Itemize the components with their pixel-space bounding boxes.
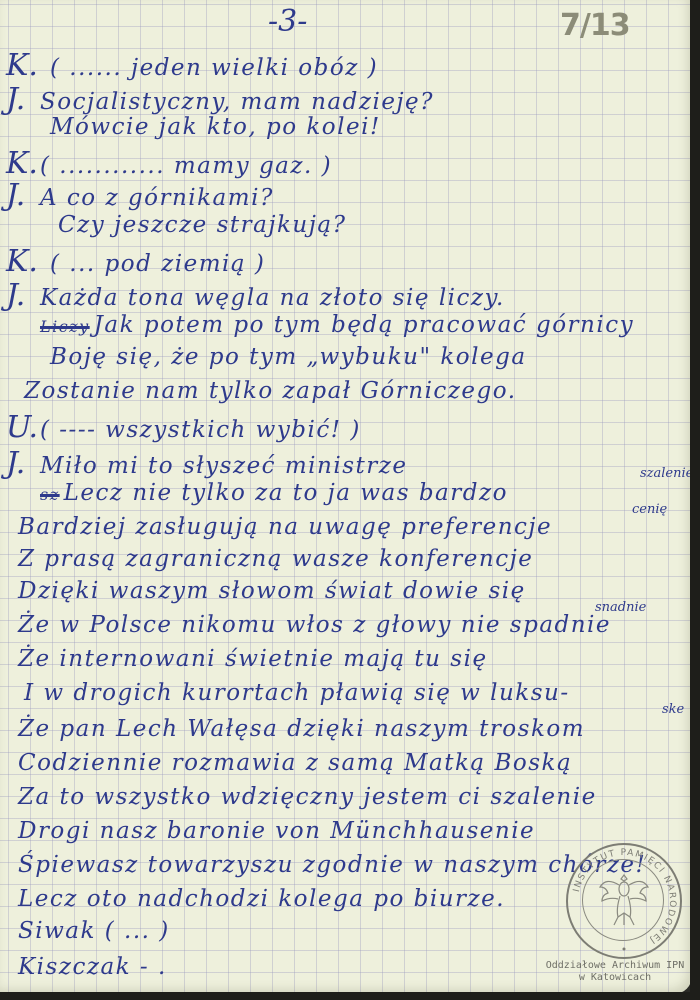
speaker-label: K.	[0, 146, 40, 181]
line-text: I w drogich kurortach pławią się w luksu…	[24, 680, 570, 706]
speaker-label: J.	[0, 446, 40, 481]
dialogue-line: Śpiewasz towarzyszu zgodnie w naszym chó…	[0, 852, 646, 878]
dialogue-line: Boję się, że po tym „wybuku" kolega	[0, 344, 527, 370]
dialogue-line: Liczy Jak potem po tym będą pracować gór…	[0, 312, 634, 338]
line-text: Lecz nie tylko za to ja was bardzo	[64, 480, 508, 506]
dialogue-line: K. ( ............ mamy gaz. )	[0, 146, 332, 181]
dialogue-line: Zostanie nam tylko zapał Górniczego.	[0, 378, 517, 404]
speaker-label: J.	[0, 178, 40, 213]
dialogue-line: K. ( ... pod ziemią )	[0, 244, 265, 279]
line-text: Socjalistyczny, mam nadzieję?	[40, 89, 434, 115]
dialogue-line: Że pan Lech Wałęsa dzięki naszym troskom	[0, 716, 585, 742]
line-text: Za to wszystko wdzięczny jestem ci szale…	[18, 784, 597, 810]
interlinear-insert: cenię	[632, 502, 667, 517]
dialogue-line: Drogi nasz baronie von Münchhausenie	[0, 818, 535, 844]
dialogue-line: Lecz oto nadchodzi kolega po biurze.	[0, 886, 505, 912]
archive-number: 7/13	[560, 8, 630, 43]
line-text: Dzięki waszym słowom świat dowie się	[18, 578, 526, 604]
dialogue-line: Za to wszystko wdzięczny jestem ci szale…	[0, 784, 597, 810]
line-text: Jak potem po tym będą pracować górnicy	[94, 312, 634, 338]
archive-stamp: INSTYTUT PAMIĘCI NARODOWEJ	[566, 843, 682, 959]
struck-word: Liczy	[40, 317, 90, 336]
dialogue-line: J. A co z górnikami?	[0, 178, 274, 213]
line-text: A co z górnikami?	[40, 185, 274, 211]
archive-caption: Oddziałowe Archiwum IPN w Katowicach	[530, 960, 692, 984]
dialogue-line: Z prasą zagraniczną wasze konferencje	[0, 546, 533, 572]
line-text: Drogi nasz baronie von Münchhausenie	[18, 818, 535, 844]
line-text: ( ...... jeden wielki obóz )	[40, 55, 378, 81]
interlinear-insert: ske	[662, 702, 684, 717]
speaker-label: K.	[0, 48, 40, 83]
line-text: Zostanie nam tylko zapał Górniczego.	[24, 378, 517, 404]
line-text: Bardziej zasługują na uwagę preferencje	[18, 514, 552, 540]
dialogue-line: U. ( ---- wszystkich wybić! )	[0, 410, 361, 445]
dialogue-line: Czy jeszcze strajkują?	[0, 212, 346, 238]
dialogue-line: I w drogich kurortach pławią się w luksu…	[0, 680, 570, 706]
dialogue-line: sz Lecz nie tylko za to ja was bardzo	[0, 480, 508, 506]
line-text: ( ... pod ziemią )	[40, 251, 265, 277]
dialogue-line: Kiszczak - .	[0, 954, 167, 980]
line-text: Codziennie rozmawia z samą Matką Boską	[18, 750, 572, 776]
dialogue-line: Dzięki waszym słowom świat dowie się	[0, 578, 526, 604]
archive-caption-line1: Oddziałowe Archiwum IPN	[530, 960, 692, 972]
interlinear-insert: szalenie	[640, 466, 692, 481]
line-text: ( ............ mamy gaz. )	[40, 153, 332, 179]
dialogue-line: Że w Polsce nikomu włos z głowy nie spad…	[0, 612, 611, 638]
dialogue-line: Mówcie jak kto, po kolei!	[0, 114, 381, 140]
interlinear-insert: snadnie	[595, 600, 646, 615]
dialogue-line: Bardziej zasługują na uwagę preferencje	[0, 514, 552, 540]
dialogue-line: J. Socjalistyczny, mam nadzieję?	[0, 82, 434, 117]
line-text: Z prasą zagraniczną wasze konferencje	[18, 546, 533, 572]
scan-border-bottom	[0, 992, 700, 1000]
line-text: Kiszczak - .	[18, 954, 167, 980]
handwritten-page: -3- 7/13 K. ( ...... jeden wielki obóz )…	[0, 0, 692, 994]
dialogue-line: Siwak ( ... )	[0, 918, 170, 944]
line-text: Czy jeszcze strajkują?	[40, 212, 346, 238]
dialogue-line: J. Miło mi to słyszeć ministrze	[0, 446, 407, 481]
archive-caption-line2: w Katowicach	[530, 972, 692, 984]
eagle-emblem-icon	[596, 869, 652, 929]
line-text: Miło mi to słyszeć ministrze	[40, 453, 407, 479]
page-number: -3-	[268, 4, 307, 39]
dialogue-line: J. Każda tona węgla na złoto się liczy.	[0, 278, 505, 313]
line-text: Że w Polsce nikomu włos z głowy nie spad…	[18, 612, 611, 638]
struck-word: sz	[40, 485, 60, 504]
line-text: Siwak ( ... )	[18, 918, 170, 944]
speaker-label: K.	[0, 244, 40, 279]
dialogue-line: K. ( ...... jeden wielki obóz )	[0, 48, 378, 83]
speaker-label: U.	[0, 410, 40, 445]
line-text: Śpiewasz towarzyszu zgodnie w naszym chó…	[18, 852, 646, 878]
line-text: Że internowani świetnie mają tu się	[18, 646, 488, 672]
line-text: Boję się, że po tym „wybuku" kolega	[40, 344, 527, 370]
line-text: Każda tona węgla na złoto się liczy.	[40, 285, 505, 311]
line-text: Lecz oto nadchodzi kolega po biurze.	[18, 886, 505, 912]
dialogue-line: Że internowani świetnie mają tu się	[0, 646, 488, 672]
speaker-label: J.	[0, 278, 40, 313]
line-text: Że pan Lech Wałęsa dzięki naszym troskom	[18, 716, 585, 742]
line-text: Mówcie jak kto, po kolei!	[40, 114, 381, 140]
scan-border-right	[690, 0, 700, 1000]
dialogue-line: Codziennie rozmawia z samą Matką Boską	[0, 750, 572, 776]
line-text: ( ---- wszystkich wybić! )	[40, 417, 361, 443]
speaker-label: J.	[0, 82, 40, 117]
